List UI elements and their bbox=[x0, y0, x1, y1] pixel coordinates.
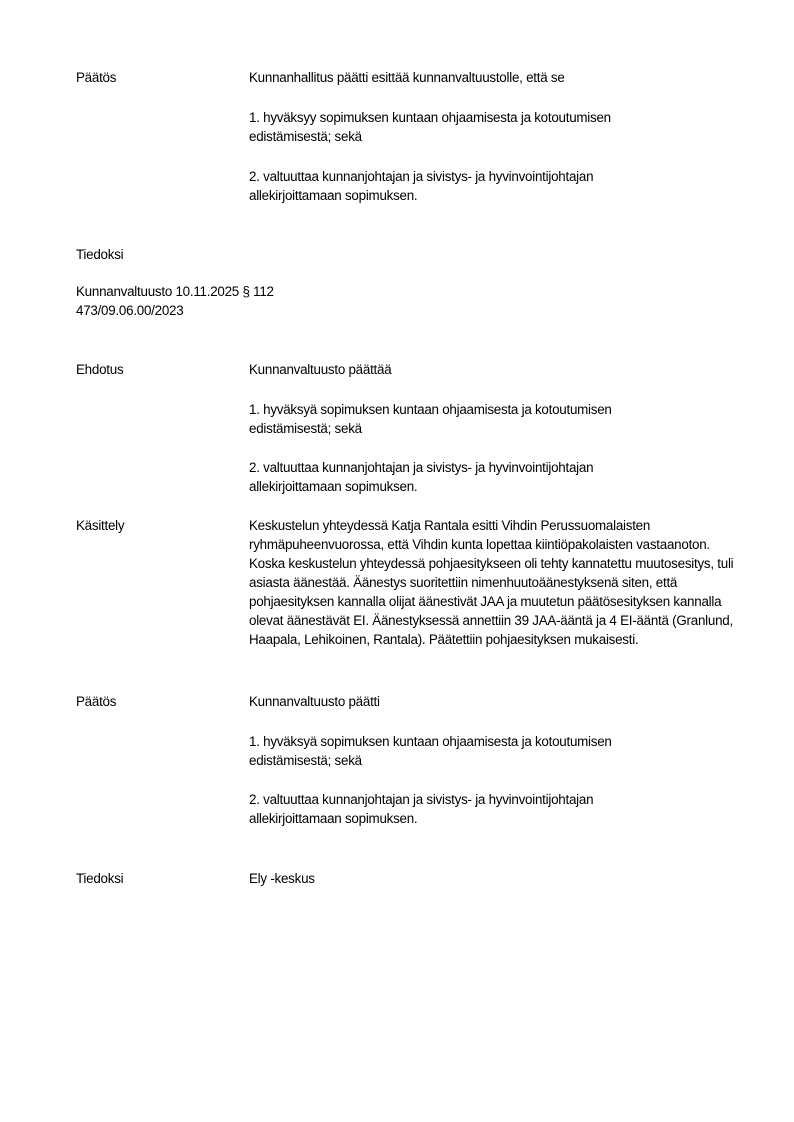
council-decision-item-2: 2. valtuuttaa kunnanjohtajan ja sivistys… bbox=[249, 790, 669, 828]
section-label-council-decision: Päätös bbox=[76, 692, 116, 711]
board-decision-intro: Kunnanhallitus päätti esittää kunnanvalt… bbox=[249, 68, 769, 87]
proposal-item-1: 1. hyväksyä sopimuksen kuntaan ohjaamise… bbox=[249, 400, 669, 438]
council-decision-item-1: 1. hyväksyä sopimuksen kuntaan ohjaamise… bbox=[249, 732, 669, 770]
section-label-info: Tiedoksi bbox=[76, 245, 123, 264]
board-decision-item-1: 1. hyväksyy sopimuksen kuntaan ohjaamise… bbox=[249, 108, 669, 146]
section-label-info-2: Tiedoksi bbox=[76, 869, 123, 888]
proposal-intro: Kunnanvaltuusto päättää bbox=[249, 360, 769, 379]
section-label-handling: Käsittely bbox=[76, 516, 124, 535]
section-label-proposal: Ehdotus bbox=[76, 360, 123, 379]
info-recipient: Ely -keskus bbox=[249, 869, 769, 888]
council-decision-intro: Kunnanvaltuusto päätti bbox=[249, 692, 769, 711]
case-number: 473/09.06.00/2023 bbox=[76, 301, 183, 320]
proposal-item-2: 2. valtuuttaa kunnanjohtajan ja sivistys… bbox=[249, 458, 669, 496]
meeting-reference: Kunnanvaltuusto 10.11.2025 § 112 bbox=[76, 282, 274, 301]
section-label-decision: Päätös bbox=[76, 68, 116, 87]
handling-text: Keskustelun yhteydessä Katja Rantala esi… bbox=[249, 516, 749, 649]
board-decision-item-2: 2. valtuuttaa kunnanjohtajan ja sivistys… bbox=[249, 167, 669, 205]
